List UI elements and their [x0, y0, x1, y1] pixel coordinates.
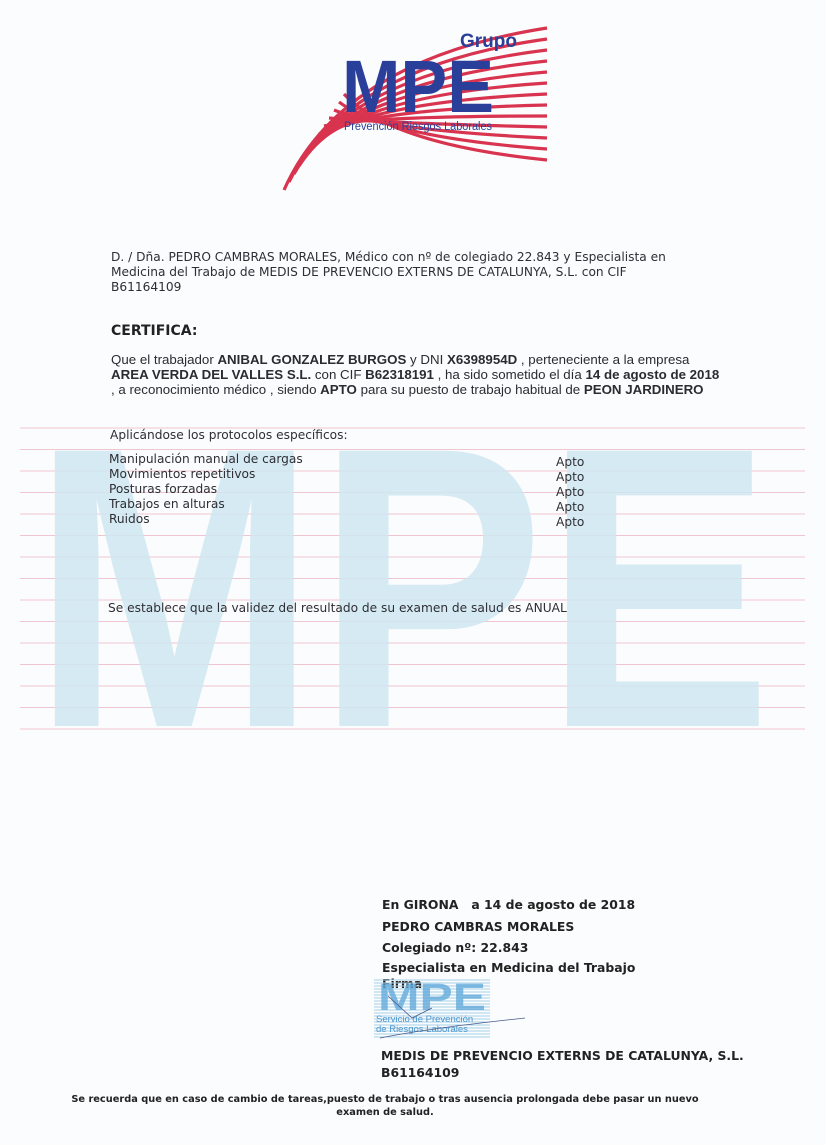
validity-statement: Se establece que la validez del resultad… [108, 601, 567, 616]
footer-note: Se recuerda que en caso de cambio de tar… [60, 1094, 710, 1119]
intro-paragraph: D. / Dña. PEDRO CAMBRAS MORALES, Médico … [111, 250, 666, 295]
certificate-body: Que el trabajador ANIBAL GONZALEZ BURGOS… [111, 352, 719, 397]
job-title: PEON JARDINERO [584, 382, 704, 397]
city: En GIRONA [382, 897, 458, 912]
svg-text:MPE: MPE [342, 45, 494, 128]
signature-block: En GIRONA a 14 de agosto de 2018 PEDRO C… [382, 894, 635, 991]
protocol-name: Ruidos [109, 512, 150, 527]
certifica-heading: CERTIFICA: [111, 323, 198, 339]
svg-text:Prevención Riesgos Laborales: Prevención Riesgos Laborales [344, 121, 492, 133]
protocol-name: Manipulación manual de cargas [109, 452, 303, 467]
worker-dni: X6398954D [447, 352, 517, 367]
protocol-row: Ruidos Apto [109, 512, 589, 527]
mpe-logo: Grupo MPE Prevención Riesgos Laborales [282, 20, 552, 195]
logo-stripes-icon: Grupo MPE Prevención Riesgos Laborales [282, 20, 552, 195]
protocol-row: Posturas forzadas Apto [109, 482, 589, 497]
protocol-row: Manipulación manual de cargas Apto [109, 452, 589, 467]
protocols-list: Manipulación manual de cargas Apto Movim… [109, 452, 589, 527]
intro-line: D. / Dña. PEDRO CAMBRAS MORALES, Médico … [111, 250, 666, 265]
exam-date: 14 de agosto de 2018 [585, 367, 719, 382]
intro-line: Medicina del Trabajo de MEDIS DE PREVENC… [111, 265, 666, 280]
result-status: APTO [320, 382, 357, 397]
sign-date: a 14 de agosto de 2018 [471, 897, 635, 912]
protocol-result: Apto [556, 515, 584, 530]
svg-text:de Riesgos Laborales: de Riesgos Laborales [376, 1024, 468, 1035]
company-footer-name: MEDIS DE PREVENCIO EXTERNS DE CATALUNYA,… [381, 1047, 744, 1064]
company-stamp: MPE Servicio de Prevención de Riesgos La… [360, 978, 530, 1042]
protocol-row: Trabajos en alturas Apto [109, 497, 589, 512]
svg-text:MPE: MPE [378, 978, 486, 1019]
company-footer-cif: B61164109 [381, 1064, 744, 1081]
worker-name: ANIBAL GONZALEZ BURGOS [217, 352, 406, 367]
protocol-name: Trabajos en alturas [109, 497, 225, 512]
company-cif: B62318191 [365, 367, 434, 382]
protocol-name: Movimientos repetitivos [109, 467, 255, 482]
protocols-heading: Aplicándose los protocolos específicos: [110, 428, 348, 443]
company-name: AREA VERDA DEL VALLES S.L. [111, 367, 311, 382]
protocol-row: Movimientos repetitivos Apto [109, 467, 589, 482]
protocol-name: Posturas forzadas [109, 482, 217, 497]
intro-line: B61164109 [111, 280, 666, 295]
doctor-name: PEDRO CAMBRAS MORALES [382, 916, 635, 938]
stamp-icon: MPE Servicio de Prevención de Riesgos La… [360, 978, 530, 1042]
company-footer: MEDIS DE PREVENCIO EXTERNS DE CATALUNYA,… [381, 1047, 744, 1081]
license-number: Colegiado nº: 22.843 [382, 937, 635, 959]
specialty: Especialista en Medicina del Trabajo [382, 959, 635, 977]
